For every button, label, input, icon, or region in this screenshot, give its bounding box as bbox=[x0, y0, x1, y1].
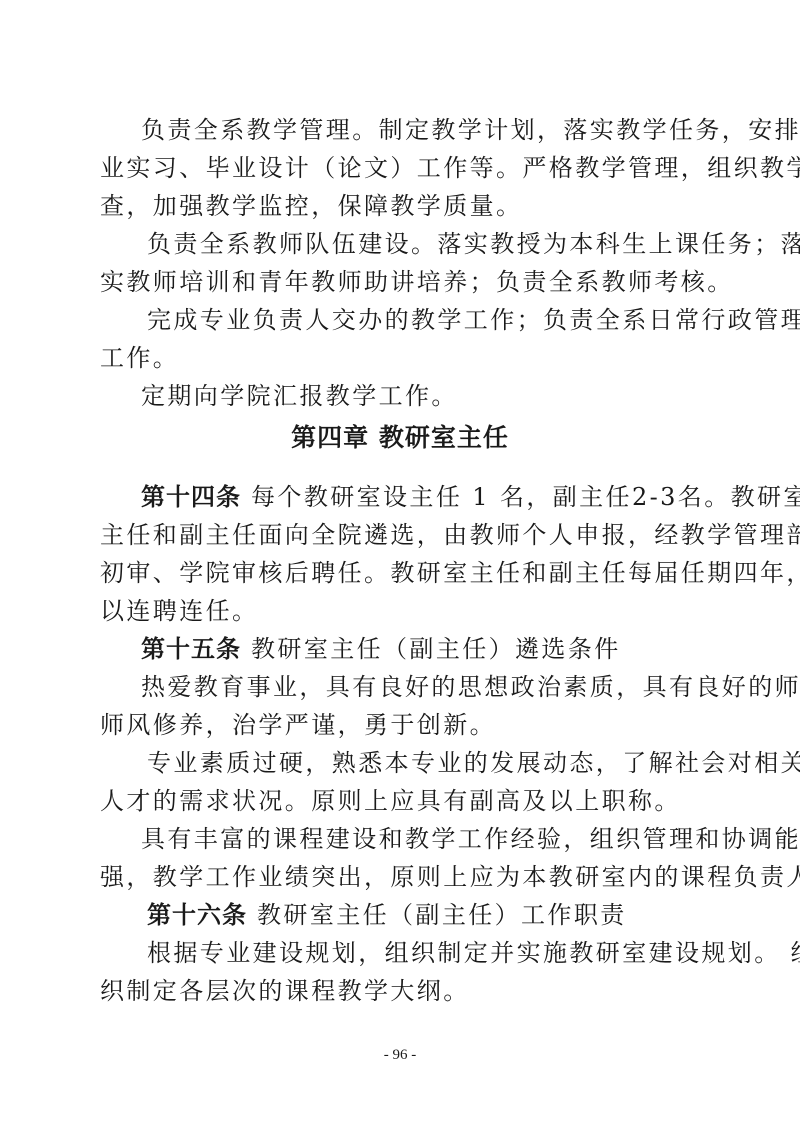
paragraph-line: 织制定各层次的课程教学大纲。 bbox=[100, 976, 700, 1006]
chapter-heading: 第四章 教研室主任 bbox=[0, 422, 800, 454]
paragraph-line: 以连聘连任。 bbox=[100, 596, 700, 626]
article-16-title-line: 第十六条 教研室主任（副主任）工作职责 bbox=[147, 900, 747, 930]
paragraph-line: 负责全系教师队伍建设。落实教授为本科生上课任务；落 bbox=[147, 229, 747, 259]
paragraph-line: 师风修养，治学严谨，勇于创新。 bbox=[100, 710, 700, 740]
paragraph-line: 初审、学院审核后聘任。教研室主任和副主任每届任期四年，可 bbox=[100, 558, 700, 588]
paragraph-line: 强，教学工作业绩突出，原则上应为本教研室内的课程负责人。 bbox=[100, 862, 700, 892]
page-number: - 96 - bbox=[0, 1047, 800, 1064]
paragraph-line: 定期向学院汇报教学工作。 bbox=[141, 381, 741, 411]
paragraph-line: 查，加强教学监控，保障教学质量。 bbox=[100, 191, 700, 221]
paragraph-line: 根据专业建设规划，组织制定并实施教研室建设规划。 组 bbox=[147, 938, 747, 968]
article-label: 第十四条 bbox=[141, 483, 241, 511]
paragraph-line: 业实习、毕业设计（论文）工作等。严格教学管理，组织教学检 bbox=[100, 153, 700, 183]
article-title: 教研室主任（副主任）遴选条件 bbox=[251, 635, 621, 663]
paragraph-line: 完成专业负责人交办的教学工作；负责全系日常行政管理 bbox=[147, 305, 747, 335]
paragraph-line: 实教师培训和青年教师助讲培养；负责全系教师考核。 bbox=[100, 267, 700, 297]
paragraph-line: 专业素质过硬，熟悉本专业的发展动态，了解社会对相关 bbox=[147, 748, 747, 778]
article-text: 每个教研室设主任 1 名，副主任2-3名。教研室 bbox=[251, 483, 800, 511]
document-page: 负责全系教学管理。制定教学计划，落实教学任务，安排毕 业实习、毕业设计（论文）工… bbox=[0, 0, 800, 1131]
paragraph-line: 人才的需求状况。原则上应具有副高及以上职称。 bbox=[100, 786, 700, 816]
paragraph-line: 热爱教育事业，具有良好的思想政治素质，具有良好的师德 bbox=[141, 672, 741, 702]
article-14-first-line: 第十四条 每个教研室设主任 1 名，副主任2-3名。教研室 bbox=[141, 482, 741, 512]
paragraph-line: 工作。 bbox=[100, 343, 700, 373]
article-label: 第十五条 bbox=[141, 635, 241, 663]
paragraph-line: 具有丰富的课程建设和教学工作经验，组织管理和协调能力 bbox=[141, 824, 741, 854]
paragraph-line: 负责全系教学管理。制定教学计划，落实教学任务，安排毕 bbox=[141, 115, 741, 145]
article-15-title-line: 第十五条 教研室主任（副主任）遴选条件 bbox=[141, 634, 741, 664]
article-title: 教研室主任（副主任）工作职责 bbox=[257, 901, 627, 929]
paragraph-line: 主任和副主任面向全院遴选，由教师个人申报，经教学管理部门 bbox=[100, 520, 700, 550]
article-label: 第十六条 bbox=[147, 901, 247, 929]
